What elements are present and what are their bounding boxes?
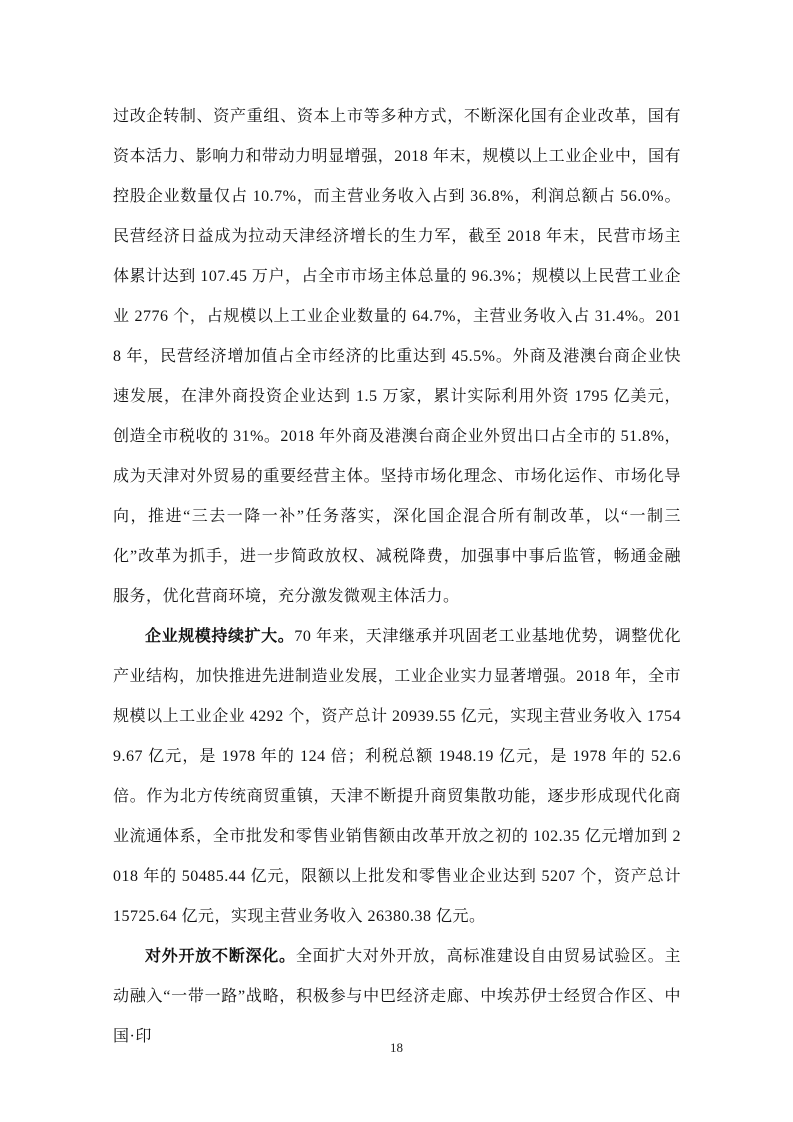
paragraph-text: 过改企转制、资产重组、资本上市等多种方式，不断深化国有企业改革，国有资本活力、影… bbox=[113, 108, 681, 605]
paragraph-lead: 企业规模持续扩大。 bbox=[145, 628, 294, 645]
paragraph-lead: 对外开放不断深化。 bbox=[145, 948, 296, 965]
paragraph-opening-up: 对外开放不断深化。全面扩大对外开放，高标准建设自由贸易试验区。主动融入“一带一路… bbox=[113, 937, 681, 1057]
page-number: 18 bbox=[0, 1040, 793, 1056]
text-block: 过改企转制、资产重组、资本上市等多种方式，不断深化国有企业改革，国有资本活力、影… bbox=[113, 97, 681, 1057]
paragraph-continued: 过改企转制、资产重组、资本上市等多种方式，不断深化国有企业改革，国有资本活力、影… bbox=[113, 97, 681, 617]
document-page: 过改企转制、资产重组、资本上市等多种方式，不断深化国有企业改革，国有资本活力、影… bbox=[0, 0, 793, 1122]
paragraph-text: 70 年来，天津继承并巩固老工业基地优势，调整优化产业结构，加快推进先进制造业发… bbox=[113, 628, 681, 925]
paragraph-enterprise-scale: 企业规模持续扩大。70 年来，天津继承并巩固老工业基地优势，调整优化产业结构，加… bbox=[113, 617, 681, 937]
